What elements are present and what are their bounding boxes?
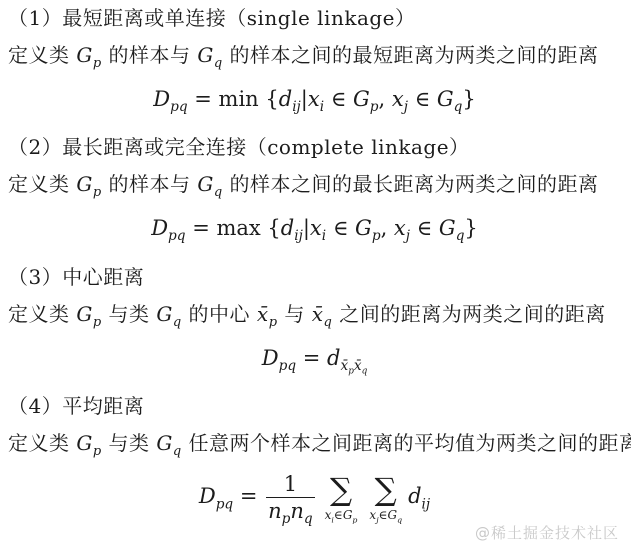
section-single-linkage-definition: 定义类 Gp 的样本与 Gq 的样本之间的最短距离为两类之间的距离 <box>8 41 621 69</box>
single-linkage-formula: Dpq = min {dij|xi ∈ Gp, xj ∈ Gq} <box>8 86 621 113</box>
section-single-linkage: （1）最短距离或单连接（single linkage） 定义类 Gp 的样本与 … <box>8 5 621 113</box>
section-complete-linkage: （2）最长距离或完全连接（complete linkage） 定义类 Gp 的样… <box>8 134 621 242</box>
section-complete-linkage-heading: （2）最长距离或完全连接（complete linkage） <box>8 134 621 161</box>
document-content: （1）最短距离或单连接（single linkage） 定义类 Gp 的样本与 … <box>0 0 631 523</box>
center-distance-formula: Dpq = dx̄px̄q <box>8 345 621 372</box>
page: { "colors": { "background": "#ffffff", "… <box>0 0 631 558</box>
section-center-distance: （3）中心距离 定义类 Gp 与类 Gq 的中心 x̄p 与 x̄q 之间的距离… <box>8 264 621 372</box>
section-center-distance-definition: 定义类 Gp 与类 Gq 的中心 x̄p 与 x̄q 之间的距离为两类之间的距离 <box>8 300 621 328</box>
section-average-distance: （4）平均距离 定义类 Gp 与类 Gq 任意两个样本之间距离的平均值为两类之间… <box>8 393 621 523</box>
average-distance-formula: Dpq = 1npnq∑xi∈Gp∑xj∈Gqdij <box>8 472 621 523</box>
section-single-linkage-heading: （1）最短距离或单连接（single linkage） <box>8 5 621 32</box>
section-complete-linkage-definition: 定义类 Gp 的样本与 Gq 的样本之间的最长距离为两类之间的距离 <box>8 170 621 198</box>
watermark: @稀土掘金技术社区 <box>475 522 619 543</box>
section-center-distance-heading: （3）中心距离 <box>8 264 621 291</box>
section-average-distance-definition: 定义类 Gp 与类 Gq 任意两个样本之间距离的平均值为两类之间的距离 <box>8 429 621 457</box>
complete-linkage-formula: Dpq = max {dij|xi ∈ Gp, xj ∈ Gq} <box>8 215 621 242</box>
section-average-distance-heading: （4）平均距离 <box>8 393 621 420</box>
